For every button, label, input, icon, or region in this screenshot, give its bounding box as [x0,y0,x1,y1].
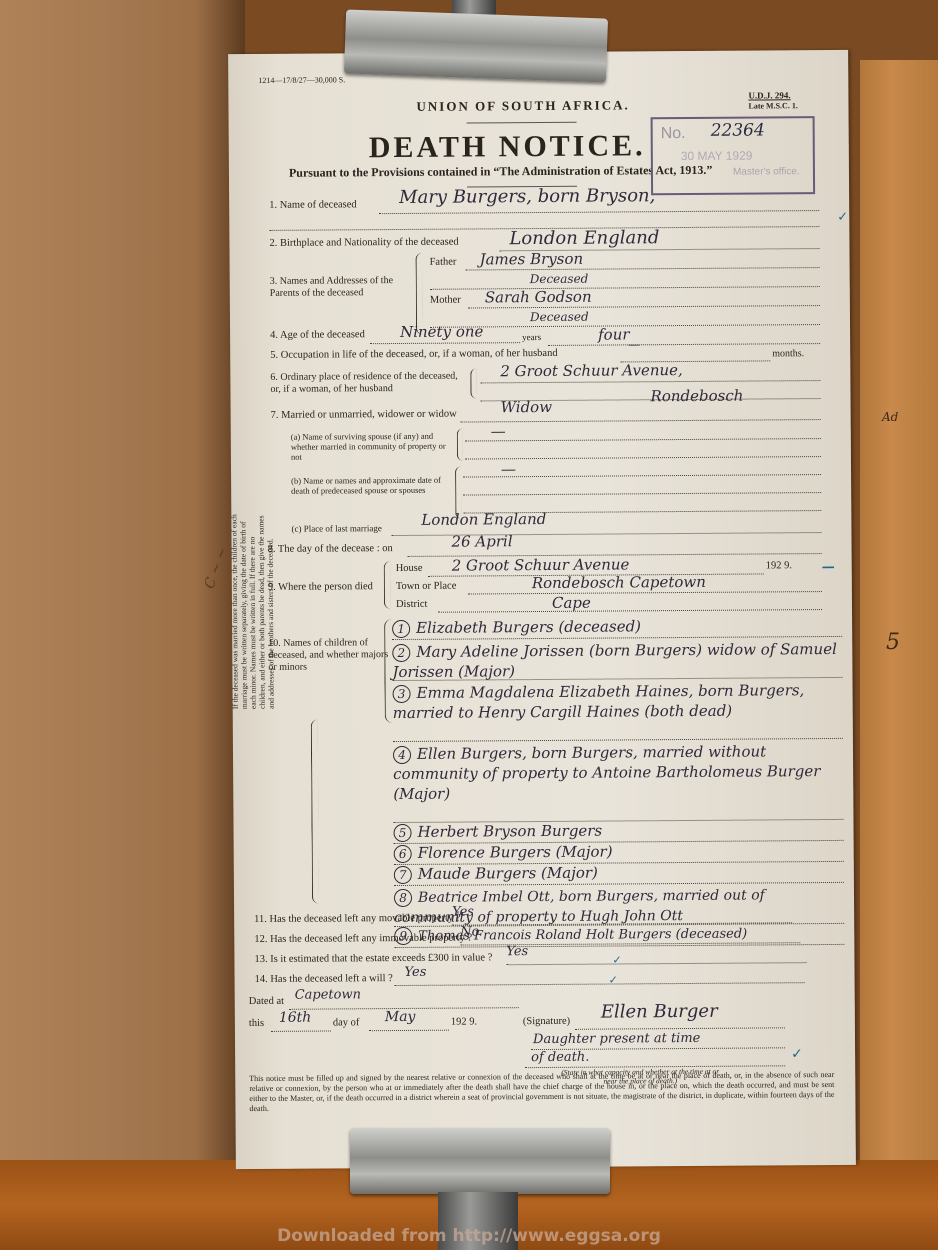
exceeds-label: 13. Is it estimated that the estate exce… [254,952,492,965]
will-label: 14. Has the deceased left a will ? [255,973,393,985]
predeceased-label: (b) Name or names and approximate date o… [291,475,456,496]
checkmark-icon: ✓ [837,210,848,225]
country-heading: UNION OF SOUTH AFRICA. [416,97,629,114]
residence-line-1: 2 Groot Schuur Avenue, [500,361,683,380]
parents-label: 3. Names and Addresses of the Parents of… [270,275,410,300]
birthplace-label: 2. Birthplace and Nationality of the dec… [269,237,458,249]
folder-note-2: 5 [886,630,900,655]
town-value: Rondebosch Capetown [532,573,706,592]
movable-value: Yes [452,904,474,919]
divider [467,122,577,124]
list-item: 2Mary Adeline Jorissen (born Burgers) wi… [392,637,842,681]
marital-label: 7. Married or unmarried, widower or wido… [271,409,457,421]
last-marriage-label: (c) Place of last marriage [291,523,382,534]
occupation-label: 5. Occupation in life of the deceased, o… [270,348,557,361]
checkmark-icon: ✓ [791,1046,803,1062]
father-label: Father [430,257,457,268]
child-name: Herbert Bryson Burgers [417,822,602,841]
bottom-binder-clip [350,1128,610,1194]
years-label: years [522,332,541,342]
capacity-line-2: of death. [531,1050,589,1065]
list-item: 4Ellen Burgers, born Burgers, married wi… [393,739,844,823]
father-value: James Bryson [479,250,583,269]
top-binder-clip [344,9,608,82]
age-years: Ninety one [400,322,483,341]
instructions-footnote: This notice must be filled up and signed… [249,1070,834,1114]
residence-line-2: Rondebosch [650,387,743,406]
folder-note-1: Ad [882,410,898,424]
stamp-no-label: No. [661,125,686,143]
house-value: 2 Groot Schuur Avenue [452,555,630,574]
predeceased-value: — [501,460,516,478]
signature-label: (Signature) [523,1016,570,1027]
this-label: this [249,1018,264,1029]
form-ref-2: Late M.S.C. 1. [748,101,797,110]
child-name: Florence Burgers (Major) [418,843,613,862]
immovable-label: 12. Has the deceased left any immovable … [254,932,472,945]
mother-status: Deceased [530,310,589,324]
folder-cover-right: Ad 5 [860,60,938,1190]
age-months: four [598,325,630,343]
form-title: DEATH NOTICE. [369,129,646,165]
stamp-number: 22364 [711,120,765,140]
capacity-line-1: Daughter present at time [533,1031,700,1047]
sign-year: 192 9. [451,1016,477,1027]
child-name: Elizabeth Burgers (deceased) [416,617,641,637]
child-name: Maude Burgers (Major) [418,864,598,883]
form-ref-1: U.D.J. 294. [748,90,790,100]
marital-value: Widow [501,398,553,416]
father-status: Deceased [530,272,589,286]
child-name: Ellen Burgers, born Burgers, married wit… [393,742,820,803]
residence-label: 6. Ordinary place of residence of the de… [270,370,470,395]
form-subtitle: Pursuant to the Provisions contained in … [289,163,713,181]
immovable-value: No [460,924,479,939]
name-value: Mary Burgers, born Bryson, [399,185,655,208]
children-side-note: If the deceased was married more than on… [229,509,275,709]
dated-label: Dated at [249,996,284,1007]
district-label: District [396,599,428,610]
print-code: 1214—17/8/27—30,000 S. [258,75,345,85]
movable-label: 11. Has the deceased left any movable pr… [254,913,460,925]
age-label: 4. Age of the deceased [270,329,365,341]
exceeds-value: Yes [506,944,528,959]
death-notice-form: 1214—17/8/27—30,000 S. U.D.J. 294. Late … [228,50,856,1169]
spouse-value: — [491,422,506,440]
stamp-office: Master's office. [733,166,800,177]
spouse-label: (a) Name of surviving spouse (if any) an… [291,431,456,462]
month-value: May [385,1009,416,1025]
will-value: Yes [404,965,426,980]
checkmark-icon: ✓ [609,973,618,986]
watermark: Downloaded from http://www.eggsa.org [0,1226,938,1246]
months-label: months. [772,348,804,359]
signature-value: Ellen Burger [601,1001,718,1023]
registration-stamp: No. 22364 30 MAY 1929 Master's office. [651,116,816,195]
house-label: House [396,563,423,574]
district-value: Cape [552,594,591,612]
day-of-label: day of [333,1017,360,1028]
last-marriage-value: London England [421,510,546,529]
dated-value: Capetown [295,987,361,1002]
day-number: 16th [279,1010,312,1026]
children-label: 10. Names of children of deceased, and w… [268,637,398,674]
where-label: 9. Where the person died [268,581,373,593]
left-book-page: C ~ ~ [0,0,245,1195]
pencil-annotation: C ~ ~ [202,545,232,591]
mother-label: Mother [430,295,461,306]
year-suffix: 192 9. [766,560,792,571]
list-item: 3Emma Magdalena Elizabeth Haines, born B… [392,678,842,742]
day-value: 26 April [451,532,512,550]
tick-mark-icon: — [822,560,835,575]
children-list: 1Elizabeth Burgers (deceased) 2Mary Adel… [392,616,844,948]
birthplace-value: London England [509,227,659,249]
mother-value: Sarah Godson [485,288,592,307]
name-label: 1. Name of deceased [269,199,357,211]
occupation-value: — [628,337,640,351]
day-label: 8. The day of the decease : on [268,543,393,555]
child-name: Emma Magdalena Elizabeth Haines, born Bu… [393,681,805,722]
stamp-date: 30 MAY 1929 [681,149,753,163]
child-name: Mary Adeline Jorissen (born Burgers) wid… [392,640,837,681]
town-label: Town or Place [396,581,457,592]
checkmark-icon: ✓ [612,953,621,966]
